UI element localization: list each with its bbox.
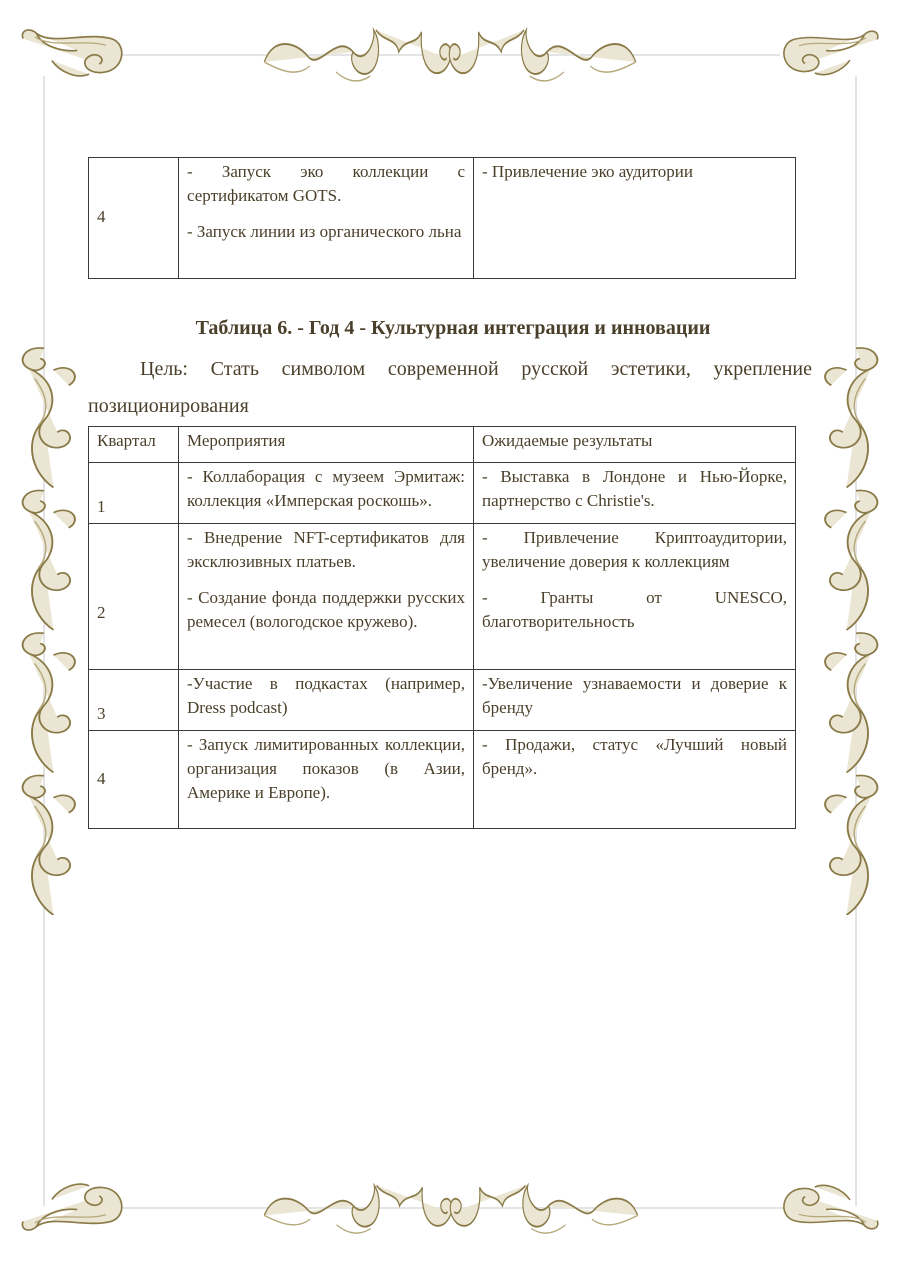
ornament-top-right-icon <box>778 22 882 84</box>
results-cell: - Привлечение Криптоаудитории, увеличени… <box>474 524 796 670</box>
quarter-cell: 1 <box>89 463 179 524</box>
result-item: - Привлечение Криптоаудитории, увеличени… <box>482 526 787 574</box>
results-cell: - Выставка в Лондоне и Нью-Йорке, партне… <box>474 463 796 524</box>
ornament-right-side-icon <box>818 345 894 915</box>
activity-item: - Коллаборация с музеем Эрмитаж: коллекц… <box>187 465 465 513</box>
ornament-top-center-icon <box>262 22 638 84</box>
results-cell: - Продажи, статус «Лучший новый бренд». <box>474 731 796 829</box>
activity-item: - Запуск линии из органического льна <box>187 220 465 244</box>
ornament-top-left-icon <box>18 22 128 84</box>
result-item: - Продажи, статус «Лучший новый бренд». <box>482 733 787 781</box>
results-cell: -Увеличение узнаваемости и доверие к бре… <box>474 670 796 731</box>
table-row: 2 - Внедрение NFT-сертификатов для экскл… <box>89 524 796 670</box>
activity-item: - Внедрение NFT-сертификатов для эксклюз… <box>187 526 465 574</box>
goal-paragraph: Цель: Стать символом современной русской… <box>88 351 812 425</box>
quarter-cell: 4 <box>89 158 179 279</box>
result-item: -Увеличение узнаваемости и доверие к бре… <box>482 672 787 720</box>
quarter-cell: 3 <box>89 670 179 731</box>
table-row: 4 - Запуск эко коллекции с сертификатом … <box>89 158 796 279</box>
activity-item: - Запуск лимитированных коллекции, орган… <box>187 733 465 805</box>
header-results: Ожидаемые результаты <box>474 427 796 463</box>
ornament-left-side-icon <box>6 345 82 915</box>
ornament-bottom-right-icon <box>778 1178 882 1236</box>
table-continued: 4 - Запуск эко коллекции с сертификатом … <box>88 157 796 279</box>
ornament-bottom-center-icon <box>262 1178 640 1236</box>
result-item: - Выставка в Лондоне и Нью-Йорке, партне… <box>482 465 787 513</box>
activities-cell: - Внедрение NFT-сертификатов для эксклюз… <box>179 524 474 670</box>
header-activities: Мероприятия <box>179 427 474 463</box>
result-item: - Гранты от UNESCO, благотворительность <box>482 586 787 634</box>
quarter-cell: 4 <box>89 731 179 829</box>
table-row: 1 - Коллаборация с музеем Эрмитаж: колле… <box>89 463 796 524</box>
activities-cell: -Участие в подкастах (например, Dress po… <box>179 670 474 731</box>
results-cell: - Привлечение эко аудитории <box>474 158 796 279</box>
activities-cell: - Запуск эко коллекции с сертификатом GO… <box>179 158 474 279</box>
result-item: - Привлечение эко аудитории <box>482 160 787 184</box>
header-quarter: Квартал <box>89 427 179 463</box>
activities-cell: - Коллаборация с музеем Эрмитаж: коллекц… <box>179 463 474 524</box>
activity-item: - Запуск эко коллекции с сертификатом GO… <box>187 160 465 208</box>
activities-cell: - Запуск лимитированных коллекции, орган… <box>179 731 474 829</box>
table-title: Таблица 6. - Год 4 - Культурная интеграц… <box>88 315 818 341</box>
ornament-bottom-left-icon <box>18 1178 128 1236</box>
activity-item: - Создание фонда поддержки русских ремес… <box>187 586 465 634</box>
activity-item: -Участие в подкастах (например, Dress po… <box>187 672 465 720</box>
table-row: 3 -Участие в подкастах (например, Dress … <box>89 670 796 731</box>
table-row: 4 - Запуск лимитированных коллекции, орг… <box>89 731 796 829</box>
table-6: Квартал Мероприятия Ожидаемые результаты… <box>88 426 796 829</box>
table-header-row: Квартал Мероприятия Ожидаемые результаты <box>89 427 796 463</box>
quarter-cell: 2 <box>89 524 179 670</box>
